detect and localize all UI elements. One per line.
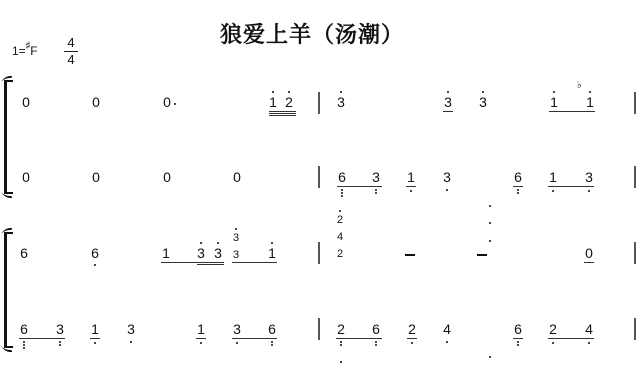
note: 3 xyxy=(370,169,382,185)
note: 0 xyxy=(231,169,243,185)
note: 1 xyxy=(405,169,417,185)
note: 3 xyxy=(335,94,347,110)
title-text: 狼爱上羊（汤潮） xyxy=(220,18,404,49)
low-octave-dot xyxy=(23,341,25,343)
beam xyxy=(548,186,594,187)
beam xyxy=(513,338,523,339)
barline xyxy=(634,242,636,264)
note: 6 xyxy=(370,321,382,337)
low-octave-dot xyxy=(341,195,343,197)
low-octave-dot xyxy=(200,342,202,344)
beam xyxy=(232,262,277,263)
note: 0 xyxy=(90,94,102,110)
note: 3 xyxy=(442,94,454,110)
low-octave-dot xyxy=(23,344,25,346)
key-note: F xyxy=(30,44,37,58)
low-octave-dot xyxy=(236,342,238,344)
note: 3 xyxy=(231,321,243,337)
high-octave-dot xyxy=(288,91,290,93)
low-octave-dot xyxy=(59,344,61,346)
low-octave-dot xyxy=(271,341,273,343)
barline xyxy=(318,242,320,264)
low-octave-dot xyxy=(588,190,590,192)
system2-brace xyxy=(4,232,13,348)
low-octave-dot xyxy=(375,192,377,194)
note: 6 xyxy=(266,321,278,337)
arpeggio-dot xyxy=(489,205,491,207)
chord-note: 3 xyxy=(230,230,242,246)
low-octave-dot xyxy=(271,344,273,346)
chord-note: 2 xyxy=(334,212,346,228)
low-octave-dot xyxy=(94,342,96,344)
low-octave-dot xyxy=(517,341,519,343)
beam xyxy=(90,338,100,339)
beam xyxy=(549,111,595,112)
beam xyxy=(269,113,296,114)
low-octave-dot xyxy=(446,341,448,343)
barline xyxy=(318,92,320,114)
note: 3 xyxy=(125,321,137,337)
low-octave-dot xyxy=(446,189,448,191)
note: 0 xyxy=(161,94,173,110)
beam xyxy=(19,338,65,339)
beam xyxy=(232,338,277,339)
chord-note: 4 xyxy=(334,229,346,245)
high-octave-dot xyxy=(482,91,484,93)
low-octave-dot xyxy=(341,192,343,194)
low-octave-dot xyxy=(588,342,590,344)
note: 3 xyxy=(583,169,595,185)
note: 2 xyxy=(547,321,559,337)
barline xyxy=(634,92,636,114)
note: 6 xyxy=(336,169,348,185)
beam xyxy=(548,338,594,339)
note: 1 xyxy=(548,94,560,110)
note: 1 xyxy=(89,321,101,337)
time-numerator: 4 xyxy=(67,35,74,50)
note: 2 xyxy=(406,321,418,337)
note: 2 xyxy=(283,94,295,110)
note: 0 xyxy=(90,169,102,185)
sharp-icon: ♯ xyxy=(26,40,31,50)
beam xyxy=(269,115,296,116)
note: 2 xyxy=(335,321,347,337)
note: 6 xyxy=(89,245,101,261)
beam xyxy=(513,186,523,187)
beam xyxy=(196,338,206,339)
beam xyxy=(269,111,296,112)
low-octave-dot xyxy=(340,341,342,343)
high-octave-dot xyxy=(235,228,237,230)
key-signature: 1=♯F xyxy=(12,42,38,58)
low-octave-dot xyxy=(341,189,343,191)
note: 1 xyxy=(160,245,172,261)
high-octave-dot xyxy=(340,91,342,93)
note: 4 xyxy=(583,321,595,337)
high-octave-dot xyxy=(589,91,591,93)
arpeggio-dot xyxy=(489,240,491,242)
time-denominator: 4 xyxy=(67,52,74,67)
note: 6 xyxy=(512,321,524,337)
low-octave-dot xyxy=(411,342,413,344)
augmentation-dot xyxy=(174,103,176,105)
low-octave-dot xyxy=(340,344,342,346)
note: 3 xyxy=(195,245,207,261)
key-prefix: 1= xyxy=(12,44,26,58)
note: 0 xyxy=(583,245,595,261)
page-title: 狼爱上羊（汤潮） xyxy=(0,18,640,49)
extension-dash xyxy=(477,254,487,256)
beam xyxy=(336,338,382,339)
note: 6 xyxy=(512,169,524,185)
high-octave-dot xyxy=(447,91,449,93)
note: 0 xyxy=(161,169,173,185)
high-octave-dot xyxy=(200,242,202,244)
note: 0 xyxy=(20,94,32,110)
beam xyxy=(407,338,417,339)
chord-note: 2 xyxy=(334,246,346,262)
high-octave-dot xyxy=(217,242,219,244)
high-octave-dot xyxy=(339,210,341,212)
high-octave-dot xyxy=(272,91,274,93)
extension-dash xyxy=(405,254,415,256)
beam xyxy=(337,186,382,187)
note: 6 xyxy=(18,321,30,337)
arpeggio-dot xyxy=(489,356,491,358)
low-octave-dot xyxy=(23,347,25,349)
system1-brace xyxy=(4,80,13,194)
low-octave-dot xyxy=(517,192,519,194)
arpeggio-dot xyxy=(340,361,342,363)
beam xyxy=(406,186,416,187)
barline xyxy=(634,166,636,188)
high-octave-dot xyxy=(553,91,555,93)
beam xyxy=(443,111,453,112)
low-octave-dot xyxy=(517,189,519,191)
low-octave-dot xyxy=(375,344,377,346)
note: 1 xyxy=(267,94,279,110)
note: 3 xyxy=(54,321,66,337)
note: 1 xyxy=(584,94,596,110)
flat-icon: ♭ xyxy=(577,80,582,91)
note: 6 xyxy=(18,245,30,261)
note: 0 xyxy=(20,169,32,185)
note: 1 xyxy=(547,169,559,185)
note: 4 xyxy=(441,321,453,337)
note: 3 xyxy=(477,94,489,110)
high-octave-dot xyxy=(271,242,273,244)
chord-note: 3 xyxy=(230,247,242,263)
low-octave-dot xyxy=(552,342,554,344)
low-octave-dot xyxy=(59,341,61,343)
arpeggio-dot xyxy=(489,222,491,224)
beam xyxy=(584,262,594,263)
low-octave-dot xyxy=(517,344,519,346)
time-signature: 4 4 xyxy=(64,36,78,67)
beam xyxy=(197,264,224,265)
barline xyxy=(634,318,636,340)
low-octave-dot xyxy=(130,341,132,343)
note: 3 xyxy=(212,245,224,261)
barline xyxy=(318,318,320,340)
low-octave-dot xyxy=(552,190,554,192)
barline xyxy=(318,166,320,188)
low-octave-dot xyxy=(410,190,412,192)
beam xyxy=(161,262,224,263)
note: 1 xyxy=(195,321,207,337)
low-octave-dot xyxy=(375,189,377,191)
low-octave-dot xyxy=(375,341,377,343)
low-octave-dot xyxy=(94,264,96,266)
note: 3 xyxy=(441,169,453,185)
note: 1 xyxy=(266,245,278,261)
